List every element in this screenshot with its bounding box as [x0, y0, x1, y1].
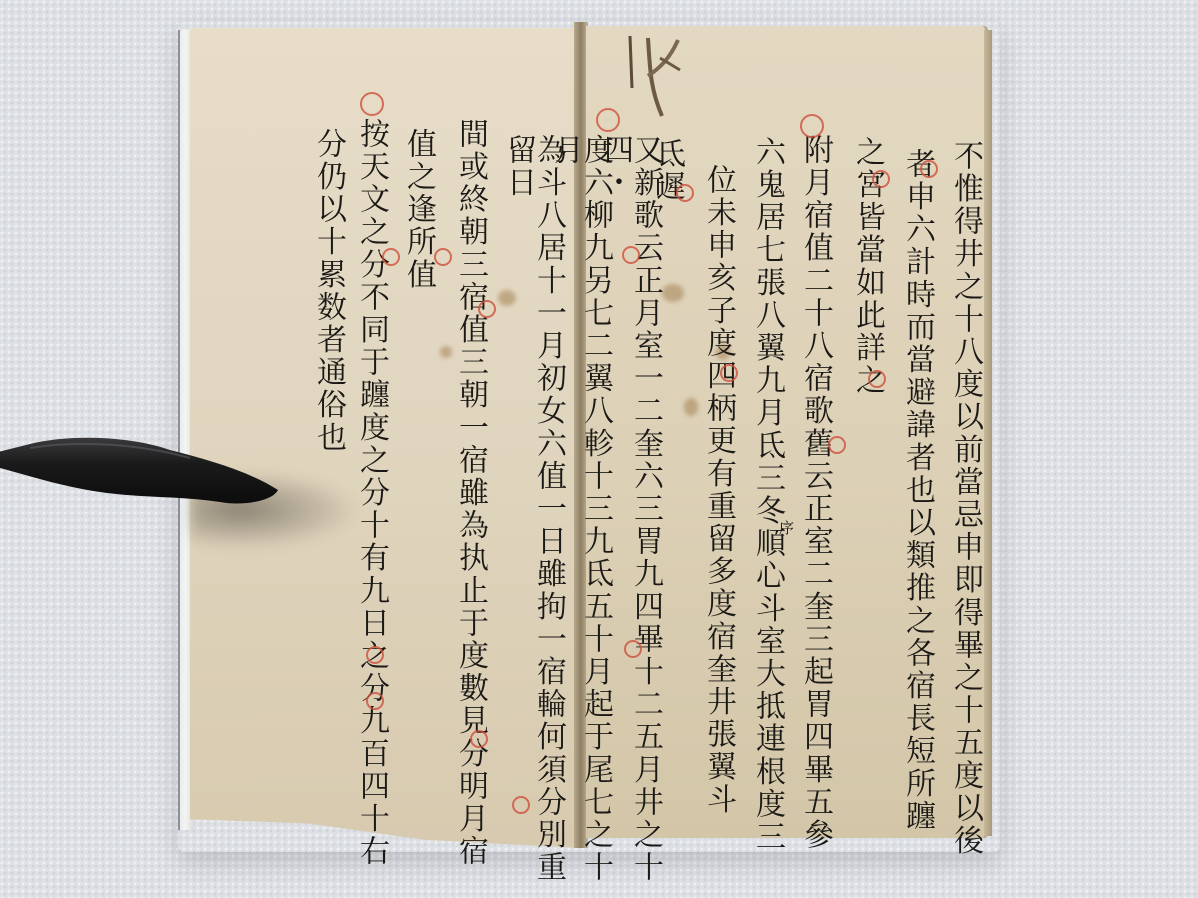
red-circle-mark [624, 640, 642, 658]
red-circle-mark [366, 646, 384, 664]
manuscript-column: 值之逢所值 [403, 128, 433, 291]
manuscript-column: 者申六計時而當避諱者也以類推之各宿長短所躔 [902, 148, 932, 833]
stain [662, 284, 684, 302]
stain [684, 398, 698, 416]
red-circle-mark [434, 248, 452, 266]
red-circle-mark [868, 370, 886, 388]
red-circle-mark [596, 108, 620, 132]
manuscript-column: 間或終朝三宿值三朝一宿雖為执止于度數見分明月宿 [455, 118, 485, 868]
manuscript-column: 附月宿值二十八宿歌舊云正室二奎三起胃四畢五參 [800, 134, 830, 851]
red-circle-mark [872, 170, 890, 188]
binding-string [620, 28, 690, 118]
red-circle-mark [800, 114, 824, 138]
manuscript-column: 分仍以十累数者通俗也 [313, 128, 343, 454]
red-circle-mark [828, 436, 846, 454]
red-circle-mark [720, 364, 738, 382]
red-circle-mark [366, 692, 384, 710]
red-circle-mark [920, 160, 938, 178]
red-circle-mark [470, 730, 488, 748]
manuscript-column: 位未申亥子度四柄更有重留多度宿奎井張翼斗 [703, 164, 733, 816]
manuscript-column: 按天文之分不同于躔度之分十有九日之分九百四十右 [356, 118, 386, 868]
manuscript-column: 不惟得井之十八度以前當忌申即得畢之十五度以後 [950, 140, 980, 857]
stain [440, 346, 452, 358]
red-circle-mark [512, 796, 530, 814]
red-circle-mark [622, 246, 640, 264]
right-page-stack-edge [984, 30, 992, 836]
manuscript-column: 為斗八居十一月初女六值一日雖拘一宿輪何須分別重留日 [503, 134, 563, 898]
side-annotation: 序 [778, 520, 793, 535]
photo-scene: 不惟得井之十八度以前當忌申即得畢之十五度以後 者申六計時而當避諱者也以類推之各宿… [0, 0, 1198, 898]
red-circle-mark [382, 248, 400, 266]
red-circle-mark [360, 92, 384, 116]
black-pen-holder [0, 432, 290, 512]
red-circle-mark [676, 184, 694, 202]
manuscript-column: 六鬼居七張八翼九月氐三冬順心斗室大抵連根度三 [752, 136, 782, 853]
red-circle-mark [478, 300, 496, 318]
